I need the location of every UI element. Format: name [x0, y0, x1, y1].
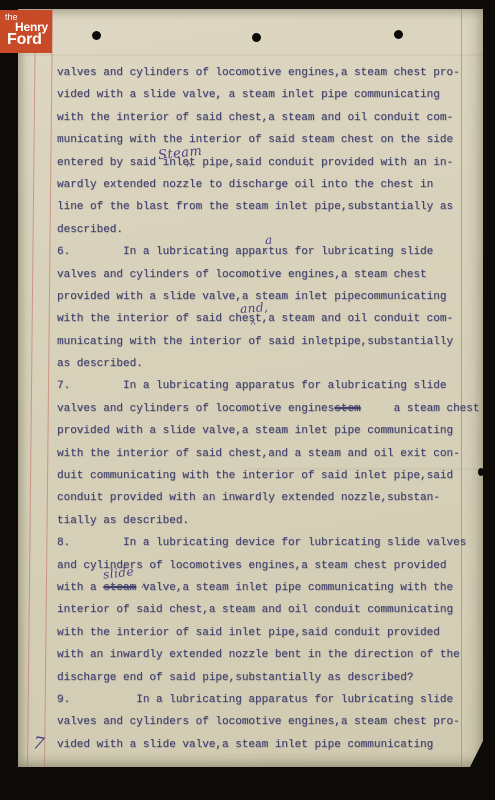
paper-speck [478, 468, 484, 476]
typed-line: 7. In a lubricating apparatus for alubri… [57, 375, 479, 397]
typed-line: with an inwardly extended nozzle bent in… [57, 644, 479, 666]
typed-line: valves and cylinders of locomotive engin… [57, 398, 479, 420]
typed-line: duit communicating with the interior of … [57, 465, 479, 487]
henry-ford-logo: the Henry Ford [0, 10, 52, 53]
logo-ford: Ford [7, 31, 42, 49]
typed-line: vided with a slide valve,a steam inlet p… [57, 734, 479, 756]
typed-line: with the interior of said chest,and a st… [57, 443, 479, 465]
typed-line: vided with a slide valve, a steam inlet … [57, 84, 479, 106]
typed-text: valves and cylinders of locomotive engin… [57, 62, 479, 756]
typed-line: with the interior of said chest,a steam … [57, 308, 479, 330]
typed-line: valves and cylinders of locomotive engin… [57, 711, 479, 733]
typed-line: entered by said inlet pipe,said conduit … [57, 152, 479, 174]
typed-line: municating with the interior of said inl… [57, 331, 479, 353]
typed-line: provided with a slide valve,a steam inle… [57, 420, 479, 442]
typed-line: 6. In a lubricating appartus for lubrica… [57, 241, 479, 263]
typed-line: valves and cylinders of locomotive engin… [57, 62, 479, 84]
typed-line: conduit provided with an inwardly extend… [57, 487, 479, 509]
typed-line: valves and cylinders of locomotive engin… [57, 264, 479, 286]
typed-line: 9. In a lubricating apparatus for lubric… [57, 689, 479, 711]
typed-line: provided with a slide valve,a steam inle… [57, 286, 479, 308]
struck-text: stem [334, 403, 360, 415]
struck-text: steam [103, 582, 136, 594]
typed-line: 8. In a lubricating device for lubricati… [57, 532, 479, 554]
typed-line: discharge end of said pipe,substantially… [57, 667, 479, 689]
typed-line: tially as described. [57, 510, 479, 532]
typed-line: wardly extended nozzle to discharge oil … [57, 174, 479, 196]
typed-line: as described. [57, 353, 479, 375]
typed-line: with the interior of said chest,a steam … [57, 107, 479, 129]
punch-hole [394, 30, 403, 39]
typed-line: with a steam valve,a steam inlet pipe co… [57, 577, 479, 599]
punch-hole [252, 33, 261, 42]
typed-line: municating with the interior of said ste… [57, 129, 479, 151]
punch-hole [92, 31, 101, 40]
typed-line: with the interior of said inlet pipe,sai… [57, 622, 479, 644]
typed-line: line of the blast from the steam inlet p… [57, 196, 479, 218]
typed-line: interior of said chest,a steam and oil c… [57, 599, 479, 621]
screenshot-root: { "colors":{ "bg":"#0d0b08", "paper":"#d… [0, 0, 495, 800]
typed-line: described. [57, 219, 479, 241]
typed-line: and cylinders of locomotives engines,a s… [57, 555, 479, 577]
